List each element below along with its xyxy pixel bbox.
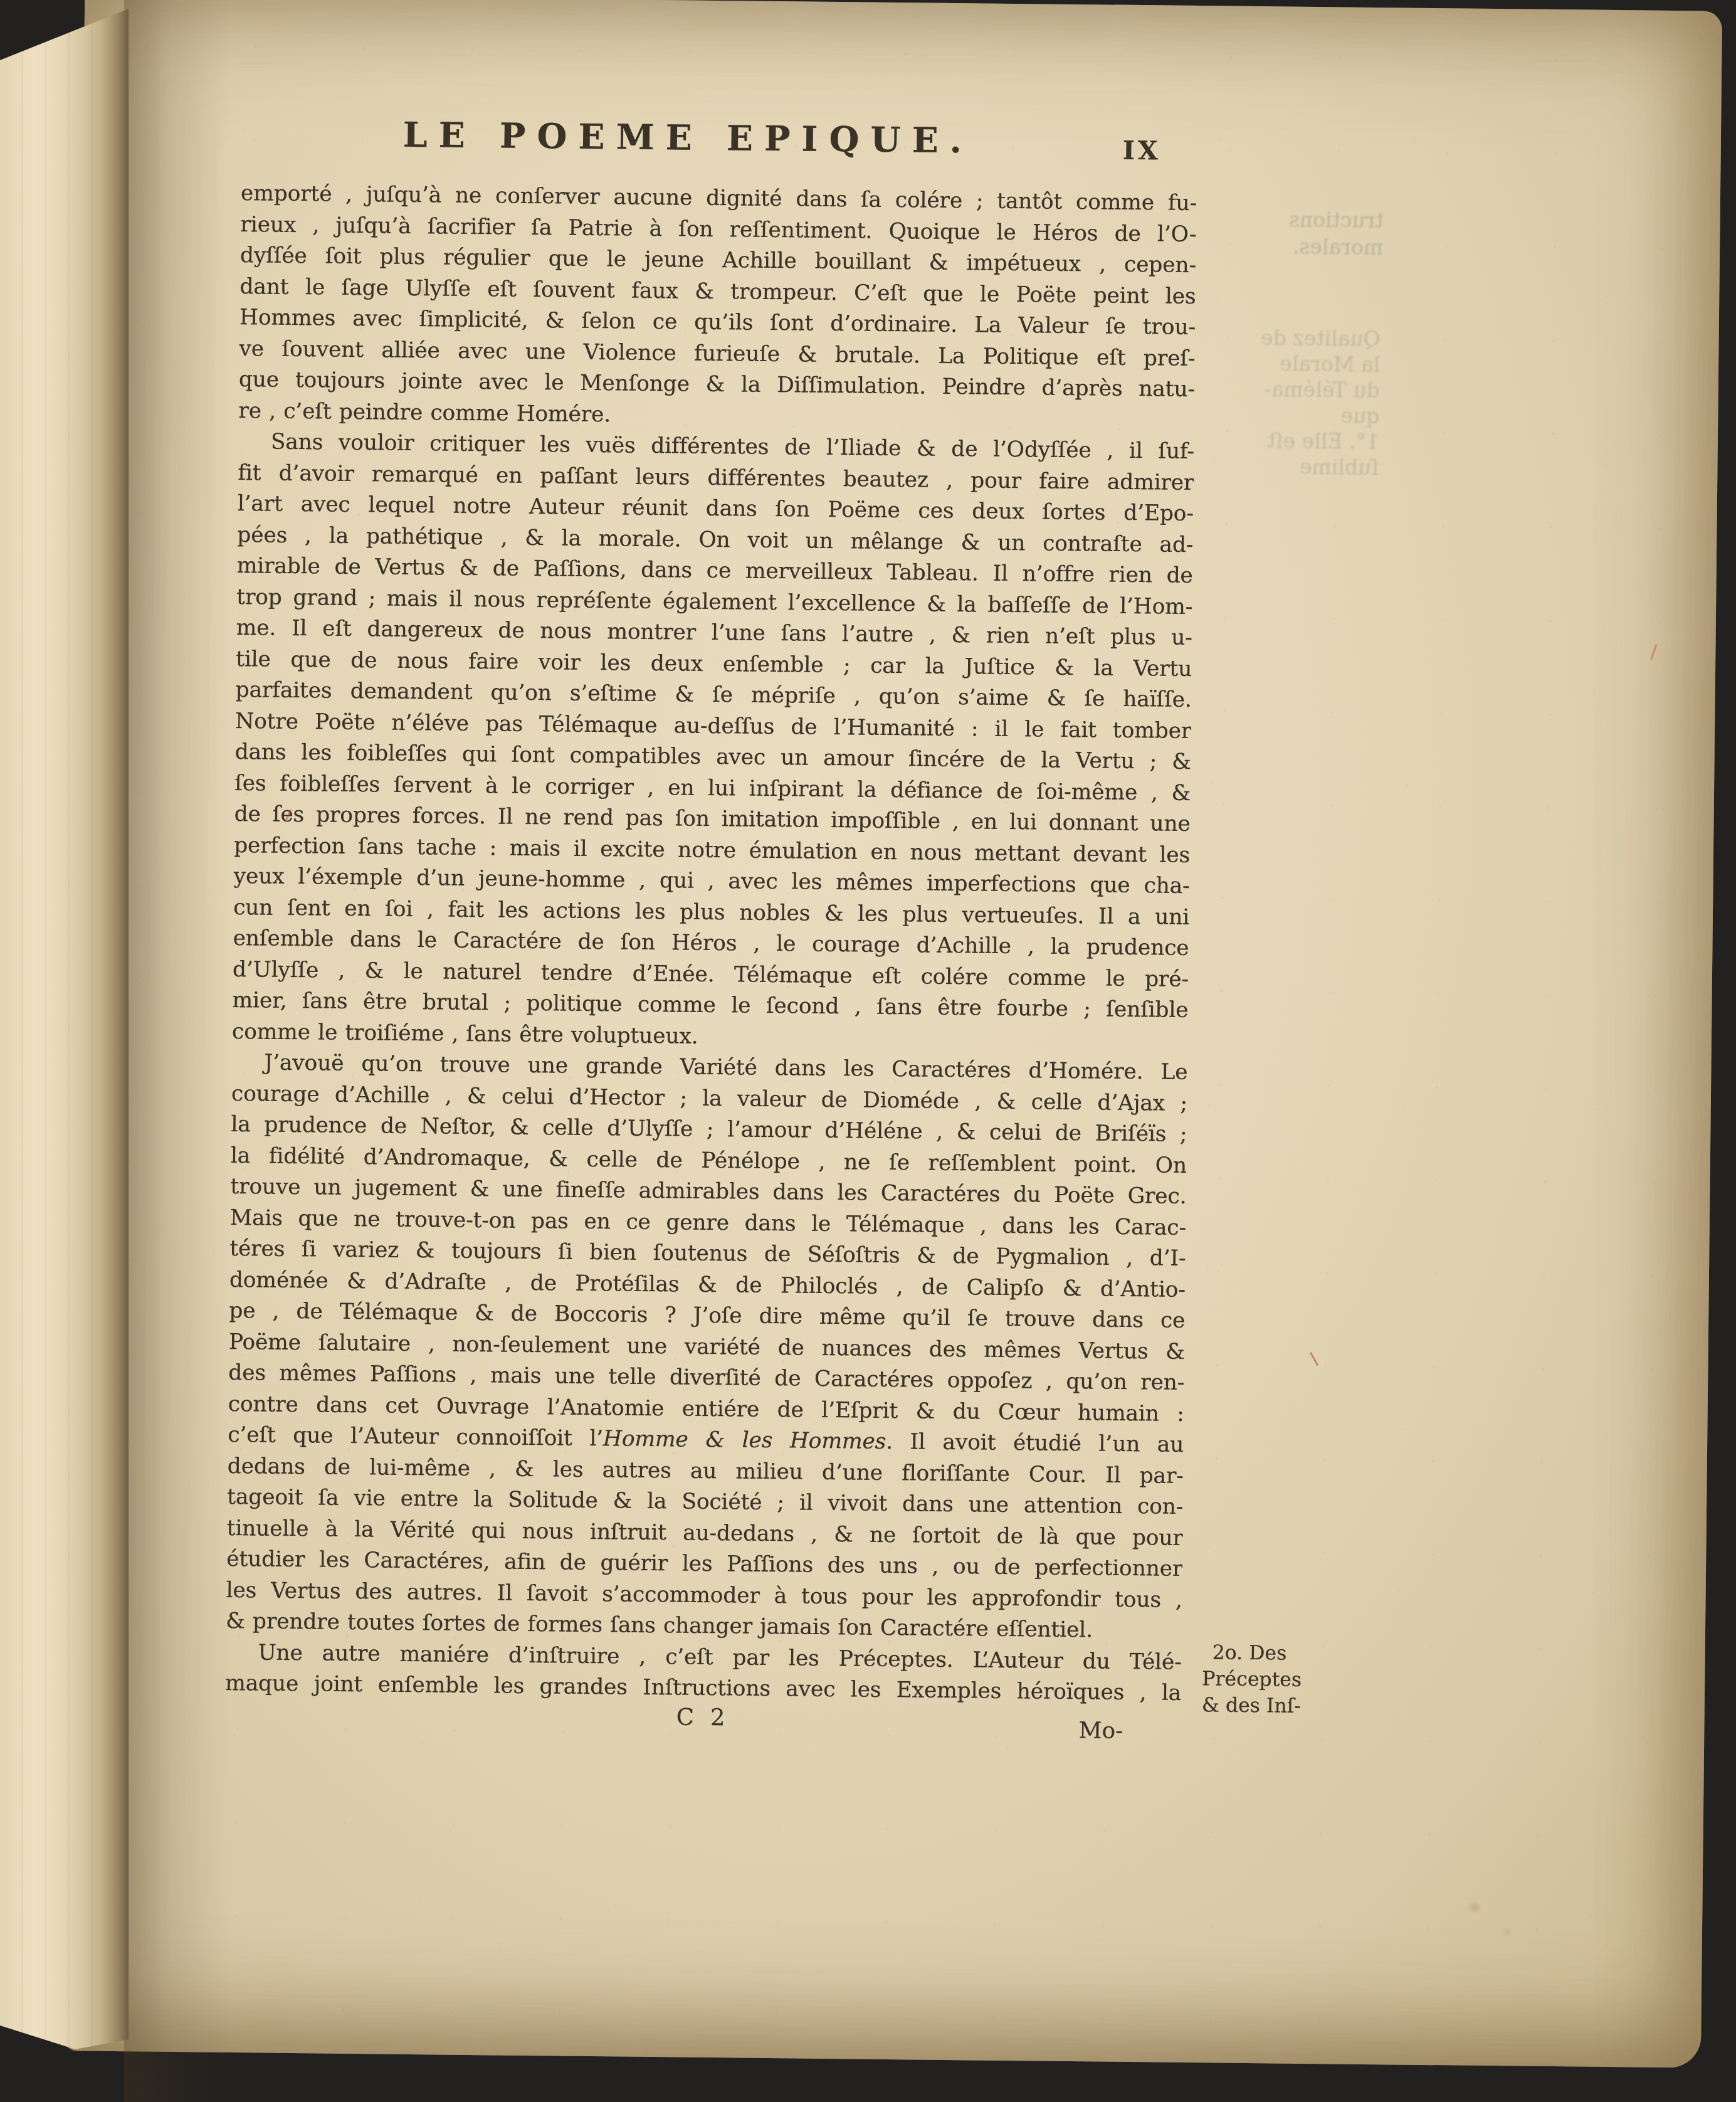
bleedthrough-line: 1°. Elle eſt bbox=[1191, 427, 1379, 455]
text-segment: c’eſt que l’Auteur connoiſſoit l’ bbox=[228, 1422, 603, 1451]
red-fiber-mark bbox=[1650, 644, 1657, 660]
bleedthrough-text-a: tructionsmorales. bbox=[1220, 205, 1384, 261]
page-title: LE POEME EPIQUE. bbox=[210, 112, 1167, 164]
red-ink-mark bbox=[1310, 1352, 1318, 1366]
page-edge-stack bbox=[0, 0, 129, 2102]
text-segment: Sans vouloir critiquer les vuës différen… bbox=[271, 430, 1194, 464]
margin-note-line: & des Inſ- bbox=[1202, 1692, 1409, 1720]
text-segment: . Il avoit étudié l’un au bbox=[886, 1429, 1184, 1457]
text-segment: J’avouë qu’on trouve une grande Variété … bbox=[264, 1050, 1187, 1085]
bleedthrough-line: du Téléma- bbox=[1192, 376, 1380, 403]
page-number: IX bbox=[1122, 135, 1160, 166]
margin-note: 2o. DesPréceptes& des Inſ- bbox=[1202, 1639, 1409, 1720]
text-segment: comme le troiſiéme , ſans être voluptueu… bbox=[232, 1018, 698, 1048]
bleedthrough-line: tructions bbox=[1220, 205, 1383, 234]
bleedthrough-text-b: Qualitez dela Moraledu Téléma-que1°. Ell… bbox=[1191, 324, 1381, 480]
foxing-spot bbox=[1504, 1929, 1510, 1934]
italic-phrase: Homme & les Hommes bbox=[603, 1426, 886, 1454]
margin-note-line: 2o. Des bbox=[1202, 1639, 1409, 1667]
footer-row: C 2 Mo- bbox=[224, 1699, 1181, 1753]
text-segment: re , c’eſt peindre comme Homére. bbox=[238, 398, 611, 427]
text-segment: & prendre toutes ſortes de formes ſans c… bbox=[226, 1608, 1093, 1642]
foxing-spot bbox=[1470, 1904, 1479, 1911]
body-lines: emporté , juſqu’à ne conſerver aucune di… bbox=[225, 178, 1197, 1709]
bleedthrough-line: morales. bbox=[1220, 232, 1383, 261]
bleedthrough-line: ſublime bbox=[1191, 453, 1379, 480]
page: LE POEME EPIQUE. IX emporté , juſqu’à ne… bbox=[63, 0, 1722, 2068]
bleedthrough-line: que bbox=[1191, 401, 1379, 429]
bleedthrough-line: la Morale bbox=[1192, 350, 1380, 378]
margin-note-line: Préceptes bbox=[1202, 1666, 1409, 1694]
scanned-book-page: LE POEME EPIQUE. IX emporté , juſqu’à ne… bbox=[0, 0, 1736, 2102]
catchword: Mo- bbox=[1078, 1718, 1123, 1744]
running-head: LE POEME EPIQUE. IX bbox=[241, 112, 1197, 172]
bleedthrough-line: Qualitez de bbox=[1192, 324, 1380, 352]
